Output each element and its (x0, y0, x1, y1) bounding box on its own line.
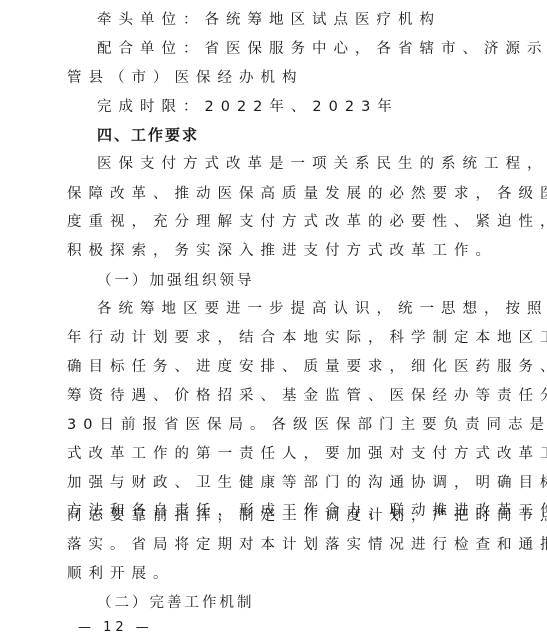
text-line: 顺利开展。 (67, 563, 487, 585)
text-line: 年行动计划要求，结合本地实际，科学制定本地区工作方案，明 (67, 327, 487, 349)
text-line: 积极探索，务实深入推进支付方式改革工作。 (67, 240, 487, 262)
text-line: 落实。省局将定期对本计划落实情况进行检查和通报，推动工作 (67, 534, 487, 556)
text-line: 确目标任务、进度安排、质量要求，细化医药服务、规划信息、 (67, 356, 487, 378)
text-line-lead-unit: 牵头单位：各统筹地区试点医疗机构 (97, 9, 517, 31)
text-line-deadline: 完成时限：2022年、2023年 (97, 96, 517, 118)
text-line: 30日前报省医保局。各级医保部门主要负责同志是医保支付方 (67, 414, 487, 436)
text-line: 筹资待遇、价格招采、基金监管、医保经办等责任分工，于1月 (67, 385, 487, 407)
text-line: 式改革工作的第一责任人，要加强对支付方式改革工作的领导， (67, 443, 487, 465)
text-line: 度重视，充分理解支付方式改革的必要性、紧迫性，认真研究， (67, 211, 487, 233)
subsection-heading: （二）完善工作机制 (97, 592, 517, 614)
text-line: 同志要靠前指挥，制定工作调度计划，严把时间节点，督导工作 (67, 505, 487, 527)
page-number: — 12 — (78, 618, 153, 638)
text-line: 保障改革、推动医保高质量发展的必然要求，各级医保部门要高 (67, 183, 487, 205)
text-line: 管县（市）医保经办机构 (67, 67, 487, 89)
text-line: 医保支付方式改革是一项关系民生的系统工程，是深化医疗 (97, 153, 517, 175)
document-page: 牵头单位：各统筹地区试点医疗机构 配合单位：省医保服务中心，各省辖市、济源示范区… (0, 0, 547, 641)
subsection-heading: （一）加强组织领导 (97, 270, 517, 292)
text-line-cooperating-unit: 配合单位：省医保服务中心，各省辖市、济源示范区、各直 (97, 38, 517, 60)
text-line: 加强与财政、卫生健康等部门的沟通协调，明确目标任务、路径 (67, 472, 487, 494)
text-line: 各统筹地区要进一步提高认识，统一思想，按照国家和省三 (97, 298, 517, 320)
section-heading: 四、工作要求 (97, 124, 517, 146)
